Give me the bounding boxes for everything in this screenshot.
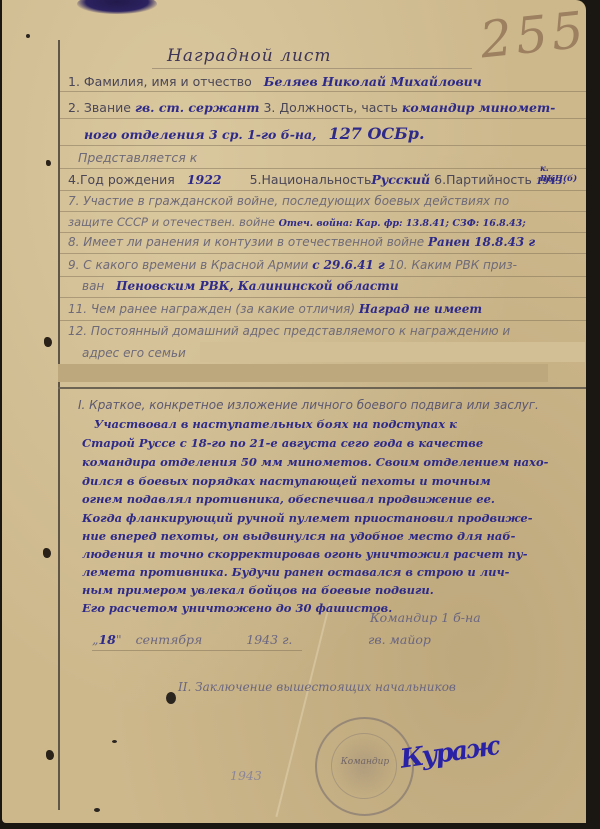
narrative-line: людения и точно скорректировав огонь уни…	[82, 545, 582, 564]
commander-signature: Кураж	[398, 731, 499, 774]
title-underline	[152, 68, 472, 69]
field-label: Имеет ли ранения и контузии в отечествен…	[83, 235, 424, 249]
field-10-continued: ван Пеновским РВК, Калининской области	[82, 277, 399, 296]
narrative-line: Участвовал в наступательных боях на подс…	[94, 415, 594, 434]
field-label: Год рождения	[80, 172, 175, 187]
field-label: Каким РВК приз-	[411, 258, 517, 272]
date-month: сентября	[136, 632, 203, 647]
field-2-3-rank-position: 2. Звание гв. ст. сержант 3. Должность, …	[68, 98, 555, 117]
document-title: Наградной лист	[167, 46, 332, 66]
date-underline	[92, 650, 302, 651]
field-value: с 29.6.41 г	[312, 258, 385, 272]
redacted-address-line-2	[58, 364, 548, 382]
section-1-heading: I. Краткое, конкретное изложение личного…	[78, 398, 539, 412]
field-nominated-for: Представляется к	[78, 148, 197, 167]
binding-hole	[46, 160, 51, 166]
field-12-continued: адрес его семьи	[82, 344, 186, 363]
section-divider	[58, 387, 586, 389]
field-3-continued: ного отделения 3 ср. 1-го б-на, 127 ОСБр…	[84, 124, 425, 143]
narrative-line: командира отделения 50 мм минометов. Сво…	[82, 453, 582, 472]
field-value: гв. ст. сержант	[135, 100, 260, 115]
narrative-line: лемета противника. Будучи ранен оставалс…	[82, 563, 582, 582]
footer-pencil-year: 1943	[230, 768, 262, 783]
narrative-line: ние вперед пехоты, он выдвинулся на удоб…	[82, 527, 582, 546]
field-label: Чем ранее награжден (за какие отличия)	[91, 302, 355, 316]
field-value: Русский	[371, 172, 430, 187]
rule	[60, 91, 586, 92]
field-label: Представляется к	[78, 150, 197, 165]
field-7-continued: защите СССР и отечествен. войне Отеч. во…	[68, 213, 526, 232]
field-value: 1922	[187, 172, 222, 187]
field-7-war-participation: 7. Участие в гражданской войне, последую…	[68, 192, 509, 211]
narrative-line: дился в боевых порядках наступающей пехо…	[82, 472, 582, 491]
rule	[60, 168, 586, 169]
field-value: Отеч. война: Кар. фр: 13.8.41; СЗФ: 16.8…	[279, 218, 526, 229]
signer-position: Командир 1 б-на	[370, 610, 481, 625]
binding-hole	[44, 337, 52, 347]
field-label: Партийность	[446, 172, 532, 187]
signer-rank: гв. майор	[368, 632, 431, 647]
binding-hole	[43, 548, 51, 558]
field-12-address: 12. Постоянный домашний адрес представля…	[68, 322, 510, 341]
ink-speck	[112, 740, 117, 743]
unit-value: 127 ОСБр.	[328, 124, 424, 143]
stamp-text: Командир	[323, 757, 407, 767]
field-label: Постоянный домашний адрес представляемог…	[91, 324, 510, 338]
narrative-line: ным примером увлекал бойцов на боевые по…	[82, 581, 582, 600]
rule	[60, 253, 586, 254]
field-9-10: 9. С какого времени в Красной Армии с 29…	[68, 256, 517, 275]
narrative-line: огнем подавлял противника, обеспечивал п…	[82, 490, 582, 509]
field-label: Участие в гражданской войне, последующих…	[83, 194, 509, 208]
award-sheet-paper: 255 Наградной лист 1. Фамилия, имя и отч…	[2, 0, 586, 823]
field-8-wounds: 8. Имеет ли ранения и контузии в отечест…	[68, 233, 535, 252]
date-year: 1943 г.	[246, 632, 292, 647]
ink-speck	[26, 34, 30, 38]
archive-sheet-number: 255	[477, 1, 590, 70]
date-day: 18	[98, 632, 115, 647]
ink-speck	[166, 692, 176, 704]
field-label: Звание	[84, 100, 131, 115]
rule	[60, 145, 586, 146]
margin-line	[58, 40, 60, 810]
field-11-prior-awards: 11. Чем ранее награжден (за какие отличи…	[68, 300, 482, 319]
rule	[60, 320, 586, 321]
field-1-fullname: 1. Фамилия, имя и отчество Беляев Никола…	[68, 72, 482, 91]
field-4-5-6: 4.Год рождения 1922 5.НациональностьРусс…	[68, 170, 566, 189]
narrative-line: Когда фланкирующий ручной пулемет приост…	[82, 509, 582, 528]
field-value: Пеновским РВК, Калининской области	[116, 279, 399, 293]
section-2-heading: II. Заключение вышестоящих начальников	[178, 680, 456, 694]
rule	[60, 190, 586, 191]
field-value: Ранен 18.8.43 г	[428, 235, 535, 249]
field-value: Наград не имеет	[359, 302, 482, 316]
rule	[60, 211, 586, 212]
date-line: „18" сентября 1943 г.	[92, 632, 292, 647]
narrative-line: Старой Руссе с 18-го по 21-е августа сег…	[82, 434, 582, 453]
field-label: С какого времени в Красной Армии	[83, 258, 308, 272]
field-value: Беляев Николай Михайлович	[264, 74, 482, 89]
field-label: Национальность	[262, 172, 372, 187]
field-value: командир миномет-	[402, 100, 555, 115]
rule	[60, 118, 586, 119]
binding-hole	[46, 750, 54, 760]
narrative-line: Его расчетом уничтожено до 30 фашистов.	[82, 599, 582, 618]
ink-speck	[94, 808, 100, 812]
field-label: Должность, часть	[279, 100, 398, 115]
redacted-address	[200, 342, 585, 362]
official-stamp: Командир	[315, 717, 414, 816]
ink-blot	[77, 0, 157, 14]
rule	[60, 297, 586, 298]
party-superscript: к. ВКП(б)	[540, 164, 586, 184]
field-label: Фамилия, имя и отчество	[84, 74, 252, 89]
